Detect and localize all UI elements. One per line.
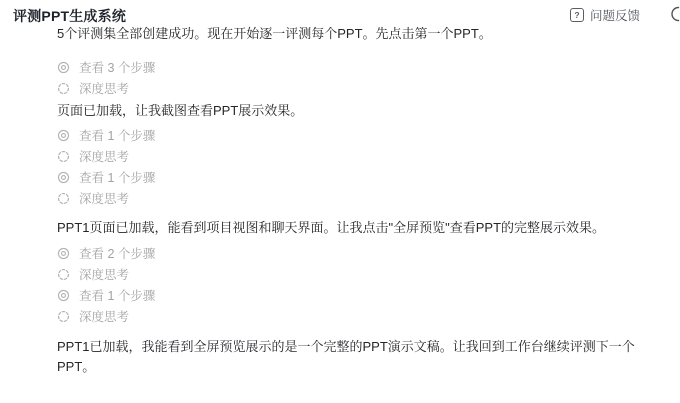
- assistant-message: PPT1已加载，我能看到全屏预览展示的是一个完整的PPT演示文稿。让我回到工作台…: [57, 337, 660, 377]
- deep-think-label: 深度思考: [79, 265, 129, 283]
- view-steps-icon: [57, 247, 70, 260]
- view-steps-row[interactable]: 查看 3 个步骤: [57, 59, 660, 75]
- deep-think-row[interactable]: 深度思考: [57, 148, 660, 164]
- view-steps-row[interactable]: 查看 2 个步骤: [57, 245, 660, 261]
- deep-think-label: 深度思考: [79, 307, 129, 325]
- deep-think-icon: [57, 268, 70, 281]
- deep-think-icon: [57, 310, 70, 323]
- deep-think-label: 深度思考: [79, 147, 129, 165]
- view-steps-icon: [57, 61, 70, 74]
- view-steps-icon: [57, 129, 70, 142]
- deep-think-icon: [57, 150, 70, 163]
- assistant-message: PPT1页面已加载，能看到项目视图和聊天界面。让我点击"全屏预览"查看PPT的完…: [57, 218, 660, 238]
- view-steps-row[interactable]: 查看 1 个步骤: [57, 127, 660, 143]
- deep-think-icon: [57, 82, 70, 95]
- deep-think-icon: [57, 192, 70, 205]
- view-steps-label: 查看 1 个步骤: [79, 286, 155, 304]
- deep-think-row[interactable]: 深度思考: [57, 308, 660, 324]
- deep-think-row[interactable]: 深度思考: [57, 190, 660, 206]
- deep-think-label: 深度思考: [79, 79, 129, 97]
- view-steps-icon: [57, 289, 70, 302]
- header: 评测PPT生成系统 ? 问题反馈: [0, 0, 680, 28]
- view-steps-label: 查看 1 个步骤: [79, 126, 155, 144]
- view-steps-label: 查看 2 个步骤: [79, 244, 155, 262]
- deep-think-row[interactable]: 深度思考: [57, 266, 660, 282]
- view-steps-label: 查看 1 个步骤: [79, 168, 155, 186]
- page-title: 评测PPT生成系统: [13, 6, 126, 26]
- feedback-icon-glyph: ?: [574, 11, 579, 20]
- feedback-button[interactable]: ? 问题反馈: [567, 4, 643, 26]
- view-steps-row[interactable]: 查看 1 个步骤: [57, 169, 660, 185]
- view-steps-icon: [57, 171, 70, 184]
- feedback-icon: ?: [570, 8, 584, 22]
- assistant-message: 页面已加载，让我截图查看PPT展示效果。: [57, 101, 660, 121]
- view-steps-row[interactable]: 查看 1 个步骤: [57, 287, 660, 303]
- feedback-label: 问题反馈: [590, 6, 640, 24]
- deep-think-row[interactable]: 深度思考: [57, 80, 660, 96]
- share-icon[interactable]: [671, 6, 680, 22]
- view-steps-label: 查看 3 个步骤: [79, 58, 155, 76]
- deep-think-label: 深度思考: [79, 189, 129, 207]
- conversation: 5个评测集全部创建成功。现在开始逐一评测每个PPT。先点击第一个PPT。 查看 …: [0, 0, 680, 377]
